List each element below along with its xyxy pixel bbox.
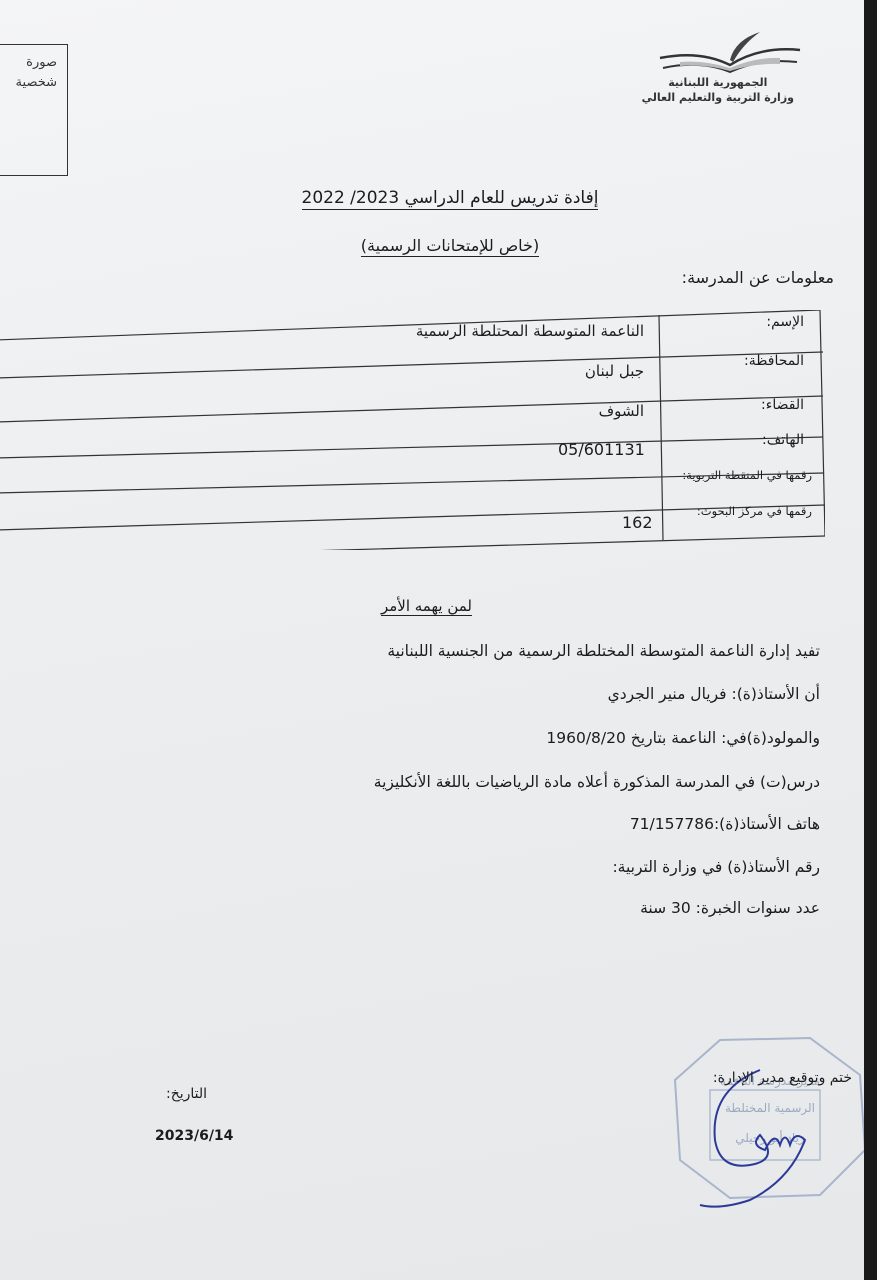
- document-title: إفادة تدريس للعام الدراسي 2023/ 2022: [240, 188, 660, 208]
- document-page: الجمهورية اللبنانية وزارة التربية والتعل…: [0, 0, 864, 1280]
- row-label-name: الإسم:: [766, 314, 804, 330]
- letter-line-birth: والمولود(ة)في: الناعمة بتاريخ 1960/8/20: [546, 729, 820, 747]
- background-edge: [864, 0, 877, 1280]
- document-subtitle: (خاص للإمتحانات الرسمية): [240, 236, 660, 255]
- school-info-heading: معلومات عن المدرسة:: [682, 268, 834, 287]
- signature-label: ختم وتوقيع مدير الإدارة:: [713, 1070, 852, 1086]
- row-label-governorate: المحافظة:: [744, 353, 804, 369]
- row-value-district: الشوف: [599, 402, 644, 420]
- letter-line-subject: درس(ت) في المدرسة المذكورة أعلاه مادة ال…: [374, 773, 820, 791]
- letter-line-experience: عدد سنوات الخبرة: 30 سنة: [640, 899, 820, 917]
- row-label-edu-zone-number: رقمها في المنقطة التربوية:: [682, 468, 812, 482]
- row-value-phone: 05/601131: [558, 440, 645, 459]
- photo-label-line-1: صورة: [16, 53, 57, 73]
- date-value: 2023/6/14: [155, 1128, 233, 1144]
- letter-line-teacher-phone: هاتف الأستاذ(ة):71/157786: [630, 815, 820, 833]
- row-label-district: القضاء:: [761, 397, 804, 413]
- row-value-research-center-number: 162: [622, 513, 653, 532]
- row-value-governorate: جبل لبنان: [585, 362, 644, 380]
- row-value-name: الناعمة المتوسطة المحتلطة الرسمية: [416, 322, 644, 340]
- ministry-name: الجمهورية اللبنانية وزارة التربية والتعل…: [642, 75, 794, 105]
- ministry-line-1: الجمهورية اللبنانية: [642, 75, 794, 90]
- letter-line-1: تفيد إدارة الناعمة المتوسطة المختلطة الر…: [387, 642, 820, 660]
- photo-label-line-2: شخصية: [16, 73, 57, 93]
- row-label-research-center-number: رقمها في مركز البحوث:: [697, 504, 812, 518]
- photo-placeholder: صورة شخصية: [0, 44, 68, 176]
- letter-line-ministry-number: رقم الأستاذ(ة) في وزارة التربية:: [612, 858, 820, 876]
- to-whom-heading: لمن يهمه الأمر: [381, 597, 472, 615]
- date-label: التاريخ:: [166, 1086, 207, 1102]
- open-book-quill-icon: [655, 30, 805, 75]
- row-label-phone: الهاتف:: [762, 432, 804, 448]
- ministry-line-2: وزارة التربية والتعليم العالي: [642, 90, 794, 105]
- letter-line-teacher: أن الأستاذ(ة): فريال منير الجردي: [608, 685, 820, 703]
